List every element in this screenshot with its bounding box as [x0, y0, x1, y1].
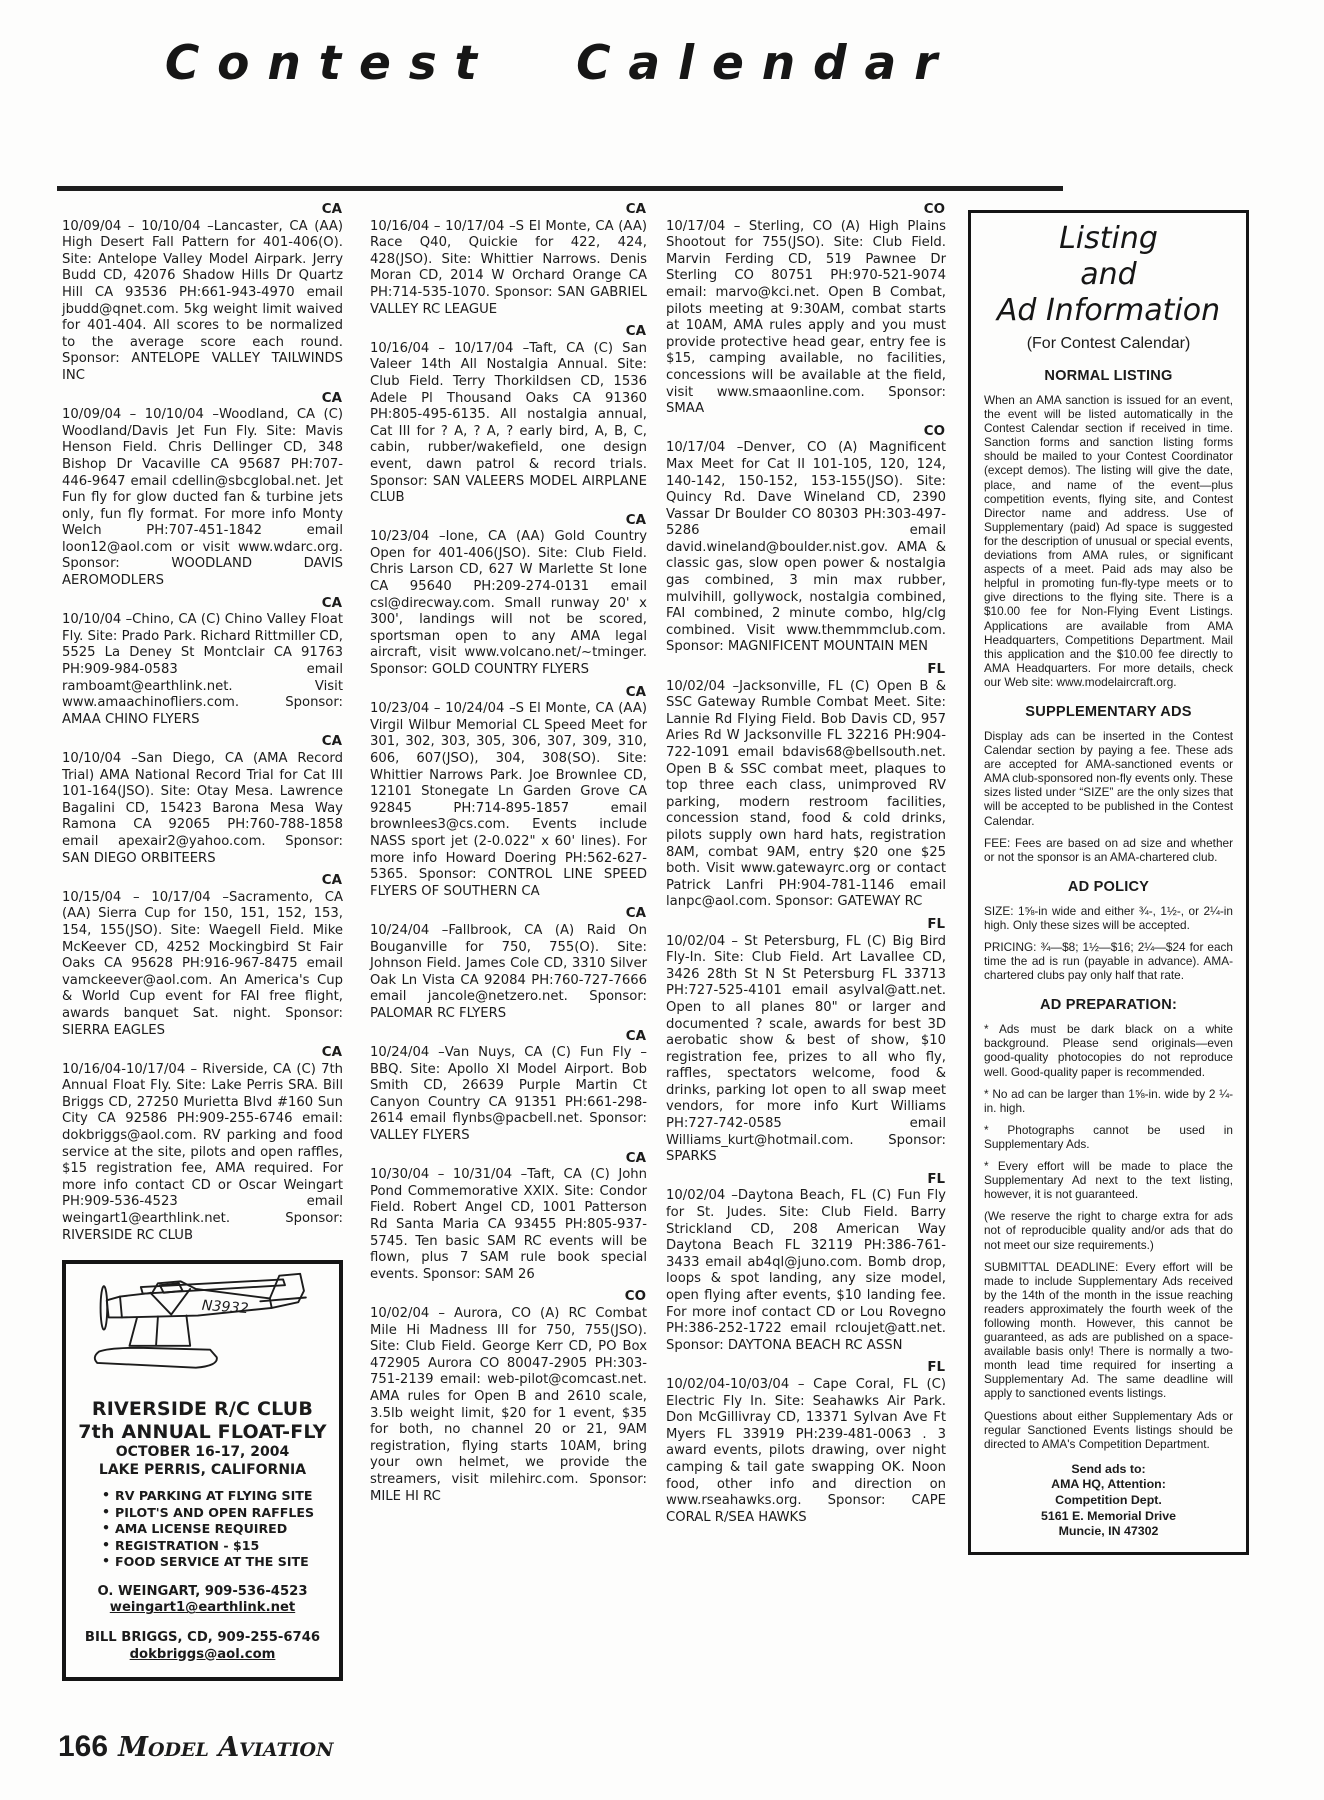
state-label: CA: [62, 202, 342, 219]
state-label: FL: [666, 1360, 945, 1377]
ad-event-location: LAKE PERRIS, CALIFORNIA: [76, 1462, 329, 1480]
ad-bullet-list: RV PARKING AT FLYING SITEPILOT'S AND OPE…: [102, 1488, 329, 1571]
float-struts: [129, 1316, 190, 1346]
header-rule: [57, 186, 1063, 191]
info-title-line: and: [984, 257, 1233, 293]
info-paragraph: * No ad can be larger than 1⅝-in. wide b…: [984, 1087, 1233, 1115]
info-paragraph: SIZE: 1⅝-in wide and either ¾-, 1½-, or …: [984, 904, 1233, 932]
send-ads-block: Send ads to:AMA HQ, Attention:Competitio…: [984, 1462, 1233, 1540]
state-label: CA: [62, 1045, 342, 1062]
state-label: CO: [666, 202, 945, 219]
contest-listing: 10/16/04-10/17/04 – Riverside, CA (C) 7t…: [62, 1062, 343, 1245]
info-title-line: Ad Information: [984, 293, 1233, 329]
state-label: CA: [370, 324, 646, 341]
state-label: FL: [666, 917, 945, 934]
info-section-heading: SUPPLEMENTARY ADS: [984, 704, 1233, 720]
ad-email-weingart: weingart1@earthlink.net: [76, 1600, 329, 1617]
state-label: FL: [666, 1172, 945, 1189]
info-paragraph: * Photographs cannot be used in Suppleme…: [984, 1123, 1233, 1151]
info-box-subtitle: (For Contest Calendar): [984, 335, 1233, 353]
state-label: FL: [666, 662, 945, 679]
info-section-heading: AD POLICY: [984, 879, 1233, 895]
state-label: CA: [62, 873, 342, 890]
state-label: CA: [370, 202, 646, 219]
ad-email-briggs: dokbriggs@aol.com: [76, 1647, 329, 1664]
page-number: 166: [58, 1730, 108, 1763]
listing-ad-info-box: ListingandAd Information (For Contest Ca…: [968, 210, 1249, 1555]
state-label: CA: [370, 513, 646, 530]
info-box-sections: NORMAL LISTINGWhen an AMA sanction is is…: [984, 368, 1233, 1451]
info-paragraph: When an AMA sanction is issued for an ev…: [984, 393, 1233, 689]
page-title: Contest Calendar: [0, 36, 1120, 91]
info-paragraph: Questions about either Supplementary Ads…: [984, 1409, 1233, 1451]
contest-listing: 10/30/04 – 10/31/04 –Taft, CA (C) John P…: [370, 1167, 647, 1283]
magazine-name: Model Aviation: [118, 1732, 333, 1763]
propeller-icon: [101, 1286, 108, 1330]
ad-bullet-item: PILOT'S AND OPEN RAFFLES: [102, 1505, 329, 1522]
listing-column-3: CO10/17/04 – Sterling, CO (A) High Plain…: [666, 196, 946, 1526]
state-label: CA: [370, 685, 646, 702]
listing-column-1: CA10/09/04 – 10/10/04 –Lancaster, CA (AA…: [62, 196, 343, 1681]
state-label: CA: [62, 596, 342, 613]
contest-listing: 10/16/04 – 10/17/04 –S El Monte, CA (AA)…: [370, 219, 647, 319]
contest-listing: 10/10/04 –San Diego, CA (AMA Record Tria…: [62, 751, 343, 867]
send-ads-line: AMA HQ, Attention:: [984, 1477, 1233, 1493]
ad-event-date: OCTOBER 16-17, 2004: [76, 1444, 329, 1462]
contest-listing: 10/17/04 – Sterling, CO (A) High Plains …: [666, 219, 946, 418]
ad-club-name: RIVERSIDE R/C CLUB: [76, 1398, 329, 1421]
contest-listing: 10/16/04 – 10/17/04 –Taft, CA (C) San Va…: [370, 341, 647, 507]
info-box-title: ListingandAd Information: [984, 221, 1233, 329]
ad-bullet-item: AMA LICENSE REQUIRED: [102, 1521, 329, 1538]
info-section-heading: NORMAL LISTING: [984, 368, 1233, 384]
riverside-float-fly-ad: N3932 RIVERSIDE R/C CLUB 7th ANNUAL FLOA…: [62, 1260, 343, 1681]
listing-column-1-blocks: CA10/09/04 – 10/10/04 –Lancaster, CA (AA…: [62, 202, 343, 1244]
ad-bullet-item: FOOD SERVICE AT THE SITE: [102, 1554, 329, 1571]
info-paragraph: (We reserve the right to charge extra fo…: [984, 1209, 1233, 1251]
send-ads-line: 5161 E. Memorial Drive: [984, 1509, 1233, 1525]
state-label: CA: [370, 906, 646, 923]
contest-listing: 10/23/04 – 10/24/04 –S El Monte, CA (AA)…: [370, 701, 647, 900]
state-label: CO: [370, 1289, 646, 1306]
contest-listing: 10/02/04 – Aurora, CO (A) RC Combat Mile…: [370, 1306, 647, 1505]
contest-listing: 10/09/04 – 10/10/04 –Lancaster, CA (AA) …: [62, 219, 343, 385]
ad-bullet-item: RV PARKING AT FLYING SITE: [102, 1488, 329, 1505]
state-label: CA: [62, 391, 342, 408]
seaplane-illustration: N3932: [76, 1270, 329, 1398]
info-title-line: Listing: [984, 221, 1233, 257]
state-label: CA: [370, 1151, 646, 1168]
contest-listing: 10/02/04-10/03/04 – Cape Coral, FL (C) E…: [666, 1377, 946, 1526]
state-label: CA: [370, 1029, 646, 1046]
contest-listing: 10/10/04 –Chino, CA (C) Chino Valley Flo…: [62, 612, 343, 728]
info-paragraph: SUBMITTAL DEADLINE: Every effort will be…: [984, 1260, 1233, 1401]
info-paragraph: PRICING: ¾—$8; 1½—$16; 2¼—$24 for each t…: [984, 940, 1233, 982]
send-ads-line: Muncie, IN 47302: [984, 1524, 1233, 1540]
ad-event-name: 7th ANNUAL FLOAT-FLY: [76, 1421, 329, 1444]
contest-listing: 10/09/04 – 10/10/04 –Woodland, CA (C) Wo…: [62, 407, 343, 590]
contest-listing: 10/17/04 –Denver, CO (A) Magnificent Max…: [666, 440, 946, 656]
tail-fin: [270, 1274, 304, 1308]
contest-listing: 10/02/04 –Jacksonville, FL (C) Open B & …: [666, 679, 946, 911]
pontoon-float: [95, 1348, 217, 1368]
listing-column-2: CA10/16/04 – 10/17/04 –S El Monte, CA (A…: [370, 196, 647, 1505]
ad-contact-briggs: BILL BRIGGS, CD, 909-255-6746: [76, 1630, 329, 1647]
contest-listing: 10/15/04 – 10/17/04 –Sacramento, CA (AA)…: [62, 890, 343, 1039]
state-label: CO: [666, 424, 945, 441]
info-paragraph: * Ads must be dark black on a white back…: [984, 1022, 1233, 1078]
info-paragraph: * Every effort will be made to place the…: [984, 1159, 1233, 1201]
contest-listing: 10/02/04 – St Petersburg, FL (C) Big Bir…: [666, 934, 946, 1166]
contest-listing: 10/24/04 –Van Nuys, CA (C) Fun Fly – BBQ…: [370, 1045, 647, 1145]
magazine-page: Contest Calendar CA10/09/04 – 10/10/04 –…: [0, 0, 1324, 1800]
ad-contact-weingart: O. WEINGART, 909-536-4523: [76, 1584, 329, 1601]
contest-listing: 10/02/04 –Daytona Beach, FL (C) Fun Fly …: [666, 1188, 946, 1354]
send-ads-line: Send ads to:: [984, 1462, 1233, 1478]
ad-bullet-item: REGISTRATION - $15: [102, 1538, 329, 1555]
info-section-heading: AD PREPARATION:: [984, 997, 1233, 1013]
contest-listing: 10/24/04 –Fallbrook, CA (A) Raid On Boug…: [370, 923, 647, 1023]
info-paragraph: Display ads can be inserted in the Conte…: [984, 729, 1233, 828]
plane-registration: N3932: [201, 1298, 249, 1317]
page-footer: 166Model Aviation: [58, 1730, 333, 1764]
engine-cowl: [107, 1297, 122, 1318]
contest-listing: 10/23/04 –Ione, CA (AA) Gold Country Ope…: [370, 529, 647, 678]
send-ads-line: Competition Dept.: [984, 1493, 1233, 1509]
state-label: CA: [62, 734, 342, 751]
info-paragraph: FEE: Fees are based on ad size and wheth…: [984, 836, 1233, 864]
